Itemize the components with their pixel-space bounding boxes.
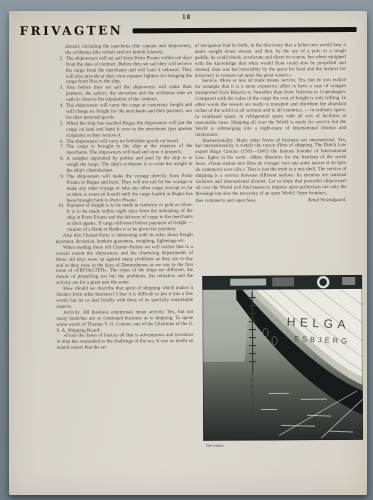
- list-item: 5.When the ship has reached Bugea the sh…: [55, 121, 192, 140]
- list-number: 4.: [55, 104, 66, 122]
- deck-structure: [272, 277, 294, 286]
- list-text: The cargo is brought to the ship at the …: [66, 144, 192, 157]
- list-text: The shipowners will make the voyage dire…: [67, 174, 193, 204]
- list-text: The shipowners will set sail from Porto …: [66, 56, 192, 86]
- paragraph: Internationality. Many other forms of bu…: [195, 138, 346, 198]
- paragraph-continuation: aboard, including the nauclerus (the cap…: [55, 44, 192, 57]
- page-number: 18: [8, 12, 366, 22]
- list-text: When the ship has reached Bugea the ship…: [66, 121, 192, 139]
- ship-name-line1: HELGA: [287, 315, 351, 332]
- list-item: 2.The shipowners will set sail from Port…: [55, 56, 192, 86]
- list-number: 5.: [55, 122, 66, 140]
- paragraph-continuation: of navigation had its birth, in the disc…: [195, 43, 346, 79]
- list-number: 7.: [55, 145, 66, 157]
- deck-rail: [230, 279, 266, 286]
- ship-photo-svg: HELGA ESBJERG: [202, 275, 363, 441]
- list-item: 7.The cargo is brought to the ship at th…: [55, 144, 192, 157]
- left-column: aboard, including the nauclerus (the cap…: [55, 44, 194, 352]
- list-text: A weigher appointed by parties and paid …: [66, 156, 192, 174]
- paragraph: »From the dawn of history all that is ad…: [56, 333, 193, 352]
- paragraph: Also this Charter-Party is interesting w…: [56, 233, 193, 246]
- paragraph: Activity. All business enterprises mean …: [56, 310, 193, 334]
- ship-photo: HELGA ESBJERG: [202, 275, 363, 441]
- list-text: The shipowners will carry the cargo at c…: [66, 103, 192, 121]
- list-item: 4.The shipowners will carry the cargo at…: [55, 103, 192, 122]
- author-signature: Knud Strandgaard.: [308, 198, 346, 204]
- masthead-title: FRIVAGTEN: [20, 23, 124, 38]
- masthead: FRIVAGTEN: [20, 22, 357, 38]
- list-text: Also before they set sail the shipowners…: [66, 85, 192, 103]
- paragraph: How should we describe that spirit of sh…: [56, 286, 193, 310]
- paragraph: When reading these old Charter-Parties w…: [56, 245, 193, 287]
- closing-text: free commerce and open Seas.: [196, 198, 257, 204]
- masthead-rule: [132, 27, 356, 33]
- list-number: 10.: [56, 204, 67, 234]
- list-item: 10.Payment of freight is to be made in c…: [56, 203, 193, 233]
- list-item: 8.A weigher appointed by parties and pai…: [55, 156, 192, 175]
- deck-structure: [342, 277, 355, 285]
- closing-line: free commerce and open Seas. Knud Strand…: [196, 198, 347, 205]
- paragraph: Service. More or less all trade means se…: [195, 78, 346, 138]
- list-text: Payment of freight is to be made in curr…: [67, 203, 193, 233]
- list-number: 3.: [55, 86, 66, 104]
- list-number: 9.: [56, 175, 67, 205]
- list-number: 2.: [55, 57, 66, 87]
- list-item: 9.The shipowners will make the voyage di…: [56, 174, 193, 204]
- page-content: 18 FRIVAGTEN aboard, including the naucl…: [8, 10, 369, 496]
- photo-caption: Der males: [206, 444, 223, 448]
- list-item: 3.Also before they set sail the shipowne…: [55, 85, 192, 104]
- magazine-page: 18 FRIVAGTEN aboard, including the naucl…: [9, 11, 367, 495]
- list-number: 8.: [55, 157, 66, 175]
